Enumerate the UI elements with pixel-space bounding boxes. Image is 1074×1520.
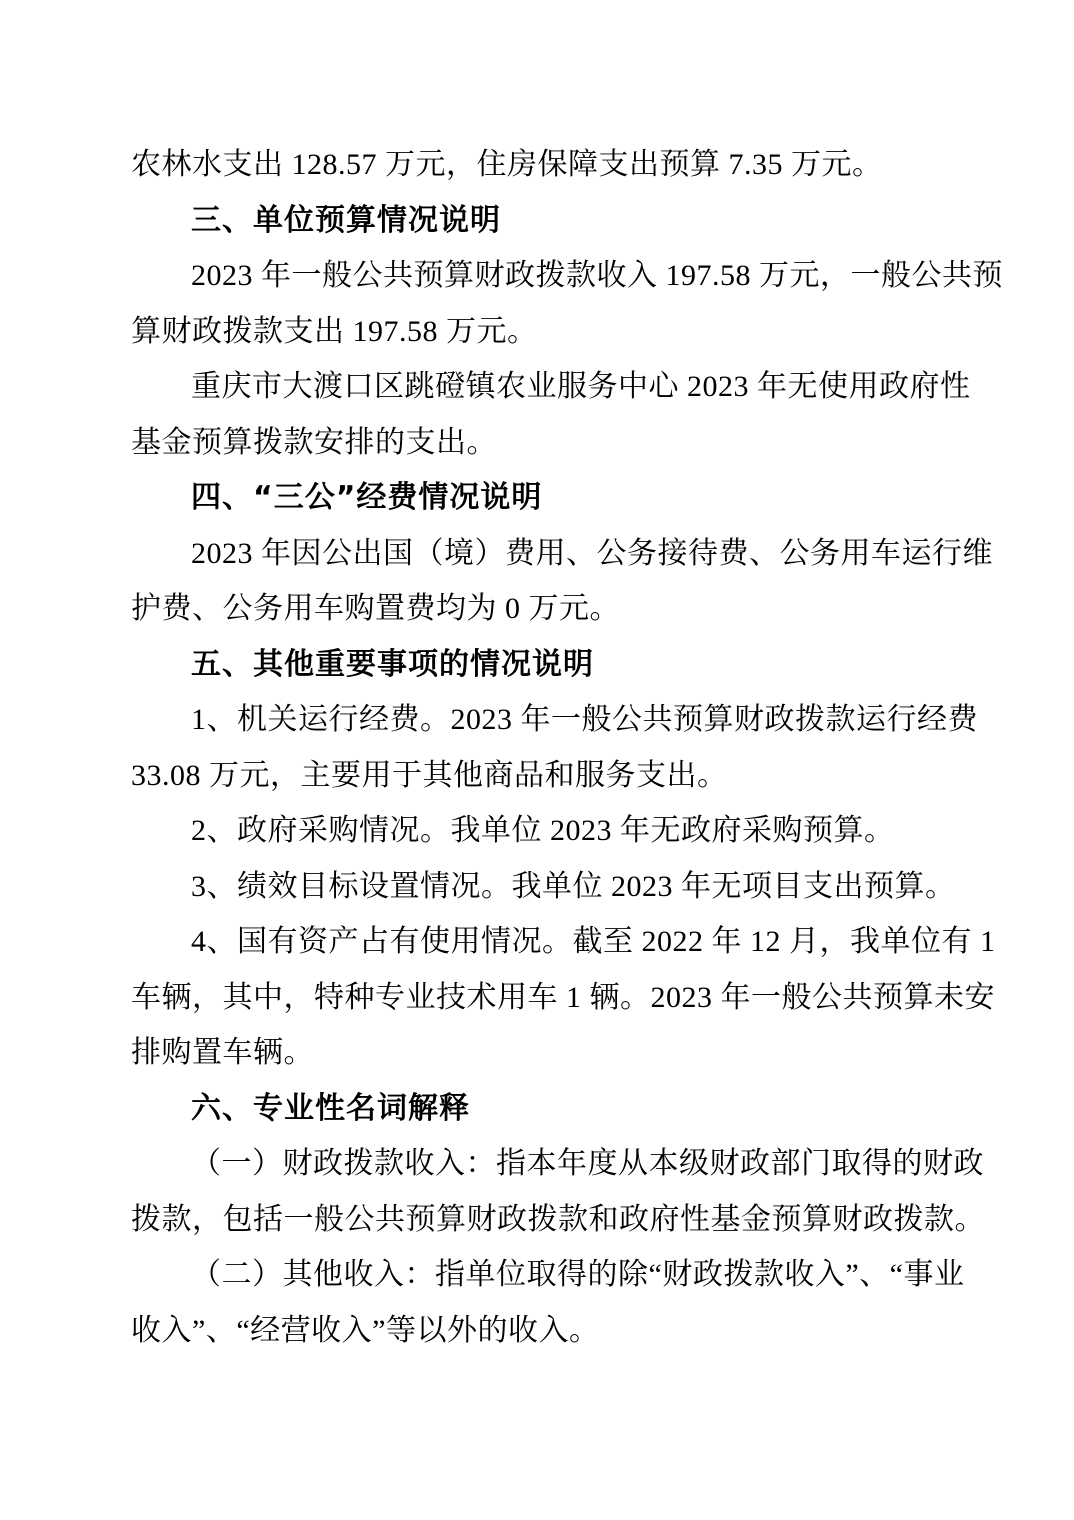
paragraph-line: 1、机关运行经费。2023 年一般公共预算财政拨款运行经费 — [131, 692, 945, 748]
section-heading: 三、单位预算情况说明 — [131, 193, 945, 249]
paragraph-line: 2023 年因公出国（境）费用、公务接待费、公务用车运行维 — [131, 526, 945, 582]
paragraph-line: 4、国有资产占有使用情况。截至 2022 年 12 月，我单位有 1 — [131, 914, 945, 970]
paragraph-line: 排购置车辆。 — [131, 1025, 945, 1081]
paragraph-line: （二）其他收入：指单位取得的除“财政拨款收入”、“事业 — [131, 1247, 945, 1303]
document-page: 农林水支出 128.57 万元，住房保障支出预算 7.35 万元。 三、单位预算… — [0, 0, 1074, 1520]
document-body: 农林水支出 128.57 万元，住房保障支出预算 7.35 万元。 三、单位预算… — [131, 137, 945, 1358]
paragraph-line: 33.08 万元，主要用于其他商品和服务支出。 — [131, 748, 945, 804]
paragraph-line: （一）财政拨款收入：指本年度从本级财政部门取得的财政 — [131, 1136, 945, 1192]
section-heading: 五、其他重要事项的情况说明 — [131, 637, 945, 693]
paragraph-line: 重庆市大渡口区跳磴镇农业服务中心 2023 年无使用政府性 — [131, 359, 945, 415]
paragraph-line: 2、政府采购情况。我单位 2023 年无政府采购预算。 — [131, 803, 945, 859]
paragraph-line: 基金预算拨款安排的支出。 — [131, 415, 945, 471]
paragraph-line: 算财政拨款支出 197.58 万元。 — [131, 304, 945, 360]
paragraph-line: 收入”、“经营收入”等以外的收入。 — [131, 1303, 945, 1359]
paragraph-line: 农林水支出 128.57 万元，住房保障支出预算 7.35 万元。 — [131, 137, 945, 193]
paragraph-line: 护费、公务用车购置费均为 0 万元。 — [131, 581, 945, 637]
paragraph-line: 3、绩效目标设置情况。我单位 2023 年无项目支出预算。 — [131, 859, 945, 915]
section-heading: 四、“三公”经费情况说明 — [131, 470, 945, 526]
section-heading: 六、专业性名词解释 — [131, 1081, 945, 1137]
paragraph-line: 车辆，其中，特种专业技术用车 1 辆。2023 年一般公共预算未安 — [131, 970, 945, 1026]
paragraph-line: 2023 年一般公共预算财政拨款收入 197.58 万元，一般公共预 — [131, 248, 945, 304]
paragraph-line: 拨款，包括一般公共预算财政拨款和政府性基金预算财政拨款。 — [131, 1192, 945, 1248]
